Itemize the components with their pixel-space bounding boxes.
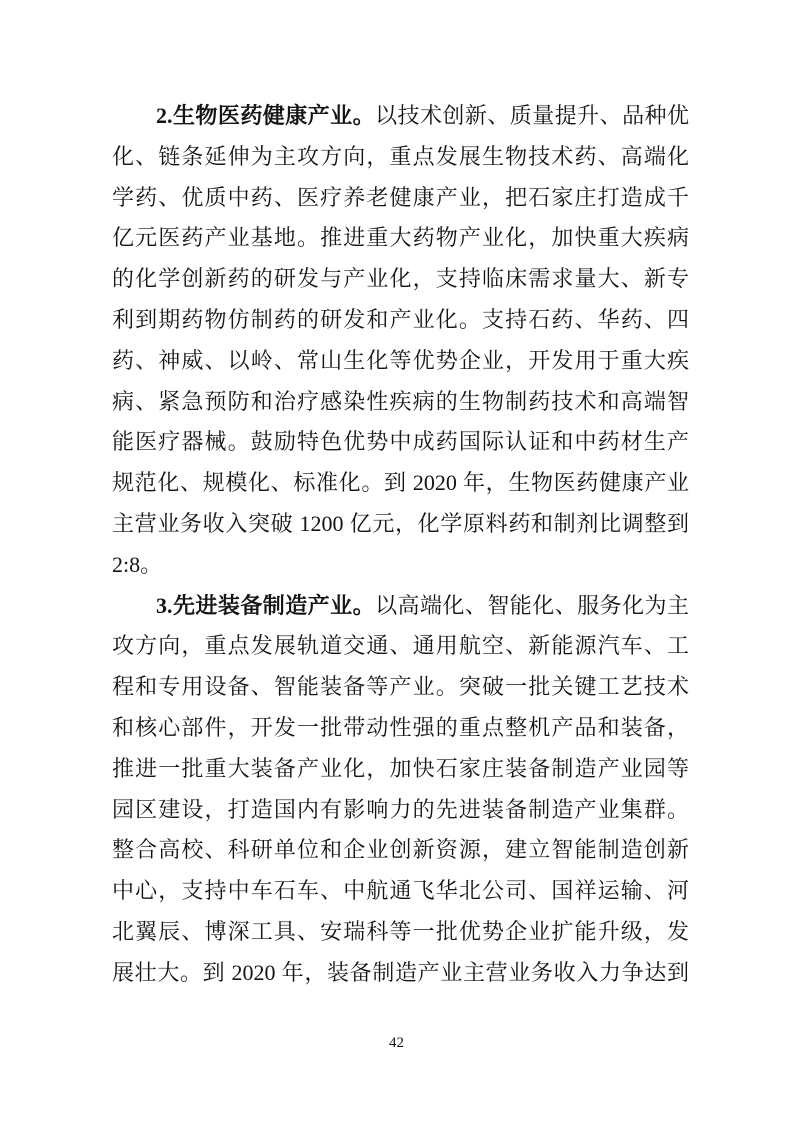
text-line: 规范化、规模化、标准化。到 2020 年，生物医药健康产业 [112, 463, 689, 504]
text-line: 药、神威、以岭、常山生化等优势企业，开发用于重大疾 [112, 341, 689, 382]
text-line: 亿元医药产业基地。推进重大药物产业化，加快重大疾病 [112, 218, 689, 259]
text-line: 学药、优质中药、医疗养老健康产业，把石家庄打造成千 [112, 178, 689, 219]
text-line: 病、紧急预防和治疗感染性疾病的生物制药技术和高端智 [112, 382, 689, 423]
text-line: 整合高校、科研单位和企业创新资源，建立智能制造创新 [112, 830, 689, 871]
text-line: 的化学创新药的研发与产业化，支持临床需求量大、新专 [112, 259, 689, 300]
text-line: 化、链条延伸为主攻方向，重点发展生物技术药、高端化 [112, 137, 689, 178]
text-line: 能医疗器械。鼓励特色优势中成药国际认证和中药材生产 [112, 422, 689, 463]
text-segment: 以高端化、智能化、服务化为主 [375, 593, 689, 618]
text-segment: 以技术创新、质量提升、品种优 [375, 103, 689, 128]
page-number: 42 [0, 1033, 793, 1053]
text-line: 3.先进装备制造产业。以高端化、智能化、服务化为主 [112, 586, 689, 627]
text-line: 中心，支持中车石车、中航通飞华北公司、国祥运输、河 [112, 871, 689, 912]
text-line: 2.生物医药健康产业。以技术创新、质量提升、品种优 [112, 96, 689, 137]
text-line: 推进一批重大装备产业化，加快石家庄装备制造产业园等 [112, 749, 689, 790]
text-line: 2:8。 [112, 545, 689, 586]
text-line: 园区建设，打造国内有影响力的先进装备制造产业集群。 [112, 790, 689, 831]
section-heading-biomedicine: 2.生物医药健康产业。 [156, 103, 375, 128]
section-heading-equipment: 3.先进装备制造产业。 [156, 593, 375, 618]
text-line: 攻方向，重点发展轨道交通、通用航空、新能源汽车、工 [112, 626, 689, 667]
text-line: 展壮大。到 2020 年，装备制造产业主营业务收入力争达到 [112, 953, 689, 994]
paragraph-biomedicine: 2.生物医药健康产业。以技术创新、质量提升、品种优 化、链条延伸为主攻方向，重点… [112, 96, 689, 586]
text-line: 和核心部件，开发一批带动性强的重点整机产品和装备， [112, 708, 689, 749]
text-line: 利到期药物仿制药的研发和产业化。支持石药、华药、四 [112, 300, 689, 341]
text-line: 主营业务收入突破 1200 亿元，化学原料药和制剂比调整到 [112, 504, 689, 545]
paragraph-equipment: 3.先进装备制造产业。以高端化、智能化、服务化为主 攻方向，重点发展轨道交通、通… [112, 586, 689, 994]
text-line: 程和专用设备、智能装备等产业。突破一批关键工艺技术 [112, 667, 689, 708]
text-line: 北翼辰、博深工具、安瑞科等一批优势企业扩能升级，发 [112, 912, 689, 953]
text-block: 2.生物医药健康产业。以技术创新、质量提升、品种优 化、链条延伸为主攻方向，重点… [112, 96, 689, 994]
document-page: 2.生物医药健康产业。以技术创新、质量提升、品种优 化、链条延伸为主攻方向，重点… [0, 0, 793, 1122]
